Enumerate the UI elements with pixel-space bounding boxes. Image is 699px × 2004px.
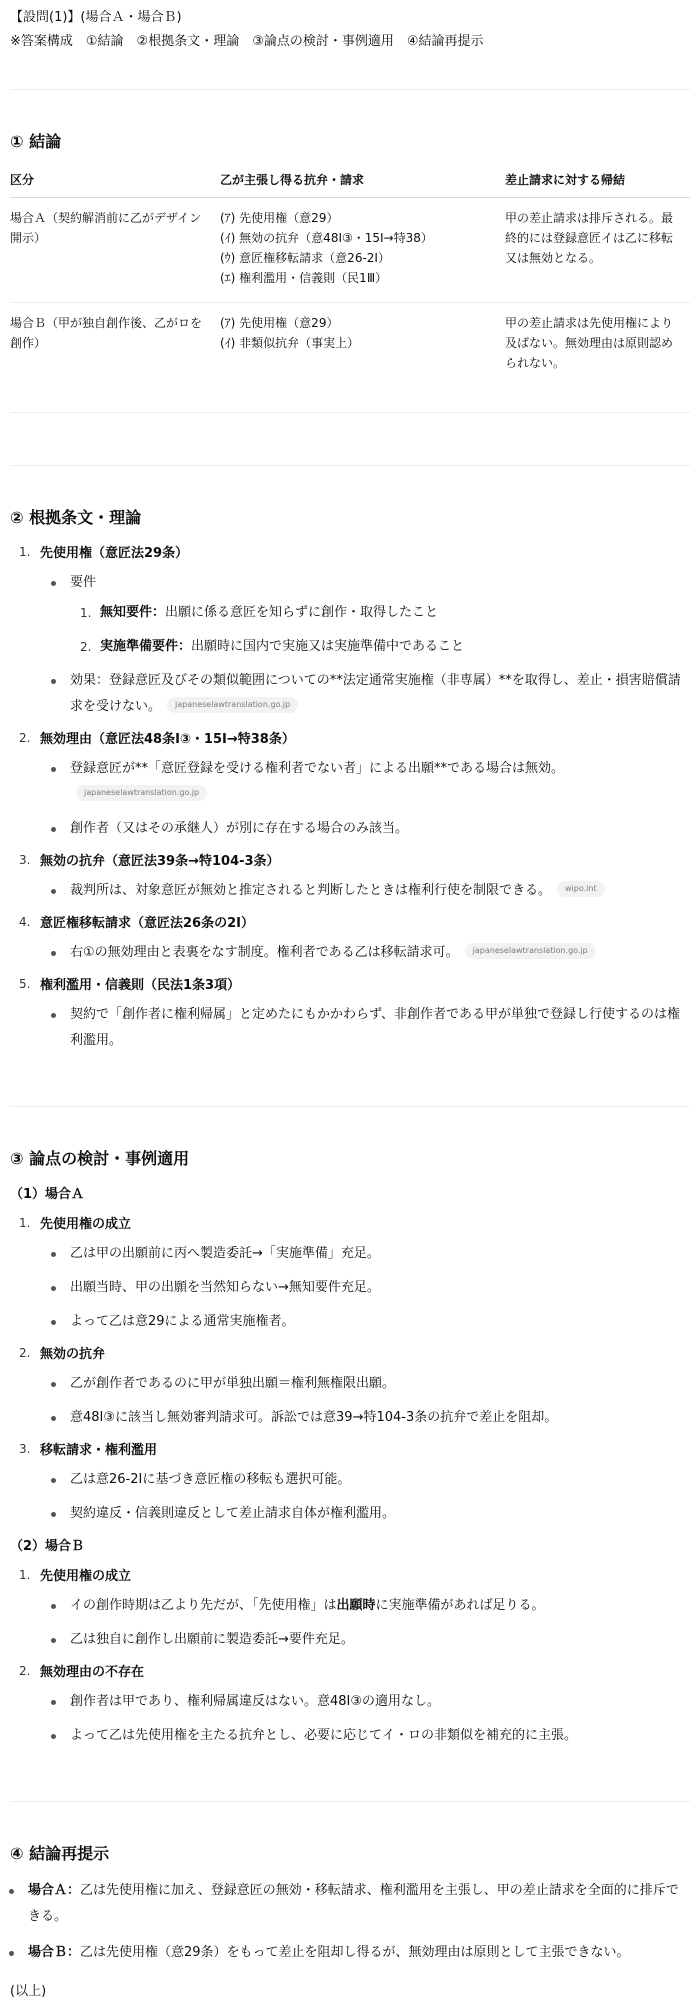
bullet-list: 創作者は甲であり、権利帰属違反はない。意48Ⅰ③の適用なし。 よって乙は先使用権… (40, 1689, 690, 1749)
list-item: 1. 先使用権の成立 乙は甲の出願前に丙へ製造委託→「実施準備」充足。 出願当時… (10, 1213, 690, 1335)
bullet-item: 乙は甲の出願前に丙へ製造委託→「実施準備」充足。 (40, 1241, 690, 1267)
list-marker: 2. (19, 1661, 30, 1682)
bullet-list: 乙が創作者であるのに甲が単独出願＝権利無権限出願。 意48Ⅰ③に該当し無効審判請… (40, 1371, 690, 1431)
bullet-item: 裁判所は、対象意匠が無効と推定されると判断したときは権利行使を制限できる。wip… (40, 878, 690, 904)
closing-text: (以上) (10, 1980, 690, 2004)
list-marker: 2. (80, 634, 91, 660)
section-heading: ① 結論 (10, 130, 690, 154)
list-item: 2. 無効理由の不存在 創作者は甲であり、権利帰属違反はない。意48Ⅰ③の適用な… (10, 1661, 690, 1749)
bullet-item: 契約違反・信義則違反として差止請求自体が権利濫用。 (40, 1501, 690, 1527)
intro: 【設問(1)】(場合Ａ・場合Ｂ) ※答案構成 ①結論 ②根拠条文・理論 ③論点の… (10, 0, 690, 54)
list-item: 5. 権利濫用・信義則（民法1条3項） 契約で「創作者に権利帰属」と定めたにもか… (10, 974, 690, 1054)
conclusion-table: 区分 乙が主張し得る抗弁・請求 差止請求に対する帰結 場合Ａ（契約解消前に乙がデ… (10, 166, 690, 413)
bullet-text: 乙は先使用権に加え、登録意匠の無効・移転請求、権利濫用を主張し、甲の差止請求を全… (28, 1883, 679, 1924)
bullet-item: 場合Ｂ：乙は先使用権（意29条）をもって差止を阻却し得るが、無効理由は原則として… (0, 1940, 690, 1966)
bullet-item: 乙は意26-2Ⅰに基づき意匠権の移転も選択可能。 (40, 1467, 690, 1493)
divider (10, 465, 690, 466)
bullet-list: 契約で「創作者に権利帰属」と定めたにもかかわらず、非創作者である甲が単独で登録し… (40, 1002, 690, 1054)
bullet-item: 右①の無効理由と表裏をなす制度。権利者である乙は移転請求可。japanesela… (40, 940, 690, 966)
bullet-text: 右①の無効理由と表裏をなす制度。権利者である乙は移転請求可。 (70, 945, 459, 960)
table-header-row: 区分 乙が主張し得る抗弁・請求 差止請求に対する帰結 (10, 166, 690, 198)
item-title: 先使用権（意匠法29条） (40, 542, 690, 566)
bullet-item: よって乙は先使用権を主たる抗弁とし、必要に応じてイ・ロの非類似を補充的に主張。 (40, 1723, 690, 1749)
list-item: 2. 無効理由（意匠法48条Ⅰ③・15Ⅰ→特38条） 登録意匠が**「意匠登録を… (10, 728, 690, 842)
sub-label: 実施準備要件： (100, 639, 191, 654)
bullet-item: 効果：登録意匠及びその類似範囲についての**法定通常実施権（非専属）**を取得し… (40, 668, 690, 720)
list-marker: 1. (19, 1213, 30, 1234)
list-marker: 1. (19, 542, 30, 563)
result-cell: 甲の差止請求は排斥される。最終的には登録意匠イは乙に移転又は無効となる。 (505, 198, 690, 303)
sub-list: 1. 無知要件：出願に係る意匠を知らずに創作・取得したこと 2. 実施準備要件：… (70, 600, 690, 660)
bullet-item: 創作者（又はその承継人）が別に存在する場合のみ該当。 (40, 816, 690, 842)
column-header: 差止請求に対する帰結 (505, 166, 690, 198)
bullet-item: 意48Ⅰ③に該当し無効審判請求可。訴訟では意39→特104-3条の抗弁で差止を阻… (40, 1405, 690, 1431)
item-title: 無効の抗弁（意匠法39条→特104-3条） (40, 850, 690, 874)
claims-cell: (ｱ) 先使用権（意29） (ｲ) 無効の抗弁（意48Ⅰ③・15Ⅰ→特38） (… (220, 198, 505, 303)
case-label: 場合Ｂ： (28, 1945, 80, 1960)
list-item: 4. 意匠権移転請求（意匠法26条の2Ⅰ） 右①の無効理由と表裏をなす制度。権利… (10, 912, 690, 966)
bullet-list: イの創作時期は乙より先だが、「先使用権」は出願時に実施準備があれば足りる。 乙は… (40, 1593, 690, 1653)
sub-text: 出願に係る意匠を知らずに創作・取得したこと (165, 605, 438, 620)
case-a-list: 1. 先使用権の成立 乙は甲の出願前に丙へ製造委託→「実施準備」充足。 出願当時… (10, 1213, 690, 1527)
claim: (ｱ) 先使用権（意29） (220, 313, 495, 333)
case-b-list: 1. 先使用権の成立 イの創作時期は乙より先だが、「先使用権」は出願時に実施準備… (10, 1565, 690, 1749)
item-title: 先使用権の成立 (40, 1565, 690, 1589)
divider (10, 1801, 690, 1802)
bullet-text: 裁判所は、対象意匠が無効と推定されると判断したときは権利行使を制限できる。 (70, 883, 551, 898)
list-marker: 3. (19, 850, 30, 871)
sub-item: 2. 実施準備要件：出願時に国内で実施又は実施準備中であること (70, 634, 690, 660)
column-header: 区分 (10, 166, 220, 198)
bullet-text: 要件 (70, 575, 96, 590)
section-legal-basis: ② 根拠条文・理論 1. 先使用権（意匠法29条） 要件 1. 無知要件：出願に… (10, 506, 690, 1054)
claim: (ｴ) 権利濫用・信義則（民1Ⅲ） (220, 268, 495, 288)
bullet-text: 乙は先使用権（意29条）をもって差止を阻却し得るが、無効理由は原則として主張でき… (80, 1945, 630, 1960)
conclusion-list: 場合Ａ：乙は先使用権に加え、登録意匠の無効・移転請求、権利濫用を主張し、甲の差止… (0, 1878, 690, 1966)
sub-text: 出願時に国内で実施又は実施準備中であること (191, 639, 464, 654)
bullet-item: 創作者は甲であり、権利帰属違反はない。意48Ⅰ③の適用なし。 (40, 1689, 690, 1715)
list-item: 3. 無効の抗弁（意匠法39条→特104-3条） 裁判所は、対象意匠が無効と推定… (10, 850, 690, 904)
basis-list: 1. 先使用権（意匠法29条） 要件 1. 無知要件：出願に係る意匠を知らずに創… (10, 542, 690, 1054)
category-cell: 場合Ｂ（甲が独自創作後、乙がロを創作） (10, 303, 220, 413)
case-a-heading: （1）場合Ａ (10, 1183, 690, 1207)
answer-structure: ※答案構成 ①結論 ②根拠条文・理論 ③論点の検討・事例適用 ④結論再提示 (10, 30, 690, 54)
document: 【設問(1)】(場合Ａ・場合Ｂ) ※答案構成 ①結論 ②根拠条文・理論 ③論点の… (10, 0, 690, 2004)
item-title: 権利濫用・信義則（民法1条3項） (40, 974, 690, 998)
list-item: 2. 無効の抗弁 乙が創作者であるのに甲が単独出願＝権利無権限出願。 意48Ⅰ③… (10, 1343, 690, 1431)
item-title: 移転請求・権利濫用 (40, 1439, 690, 1463)
section-heading: ② 根拠条文・理論 (10, 506, 690, 530)
bullet-text: 登録意匠が**「意匠登録を受ける権利者でない者」による出願**である場合は無効。 (70, 761, 564, 776)
section-analysis: ③ 論点の検討・事例適用 （1）場合Ａ 1. 先使用権の成立 乙は甲の出願前に丙… (10, 1147, 690, 1749)
claim: (ｳ) 意匠権移転請求（意26-2Ⅰ） (220, 248, 495, 268)
claim: (ｲ) 非類似抗弁（事実上） (220, 333, 495, 353)
column-header: 乙が主張し得る抗弁・請求 (220, 166, 505, 198)
source-citation-chip[interactable]: japaneselawtranslation.go.jp (167, 697, 298, 713)
list-item: 3. 移転請求・権利濫用 乙は意26-2Ⅰに基づき意匠権の移転も選択可能。 契約… (10, 1439, 690, 1527)
list-marker: 4. (19, 912, 30, 933)
question-title: 【設問(1)】(場合Ａ・場合Ｂ) (10, 6, 690, 30)
claim: (ｲ) 無効の抗弁（意48Ⅰ③・15Ⅰ→特38） (220, 228, 495, 248)
source-citation-chip[interactable]: japaneselawtranslation.go.jp (76, 785, 207, 801)
category-cell: 場合Ａ（契約解消前に乙がデザイン開示） (10, 198, 220, 303)
item-title: 無効の抗弁 (40, 1343, 690, 1367)
list-marker: 2. (19, 1343, 30, 1364)
sub-item: 1. 無知要件：出願に係る意匠を知らずに創作・取得したこと (70, 600, 690, 626)
bullet-list: 登録意匠が**「意匠登録を受ける権利者でない者」による出願**である場合は無効。… (40, 756, 690, 842)
divider (10, 89, 690, 90)
list-marker: 1. (80, 600, 91, 626)
bullet-item: よって乙は意29による通常実施権者。 (40, 1309, 690, 1335)
item-title: 意匠権移転請求（意匠法26条の2Ⅰ） (40, 912, 690, 936)
section-heading: ③ 論点の検討・事例適用 (10, 1147, 690, 1171)
claim: (ｱ) 先使用権（意29） (220, 208, 495, 228)
list-marker: 1. (19, 1565, 30, 1586)
bullet-list: 右①の無効理由と表裏をなす制度。権利者である乙は移転請求可。japanesela… (40, 940, 690, 966)
bullet-text: イの創作時期は乙より先だが、「先使用権」は (70, 1598, 337, 1613)
table-row: 場合Ａ（契約解消前に乙がデザイン開示） (ｱ) 先使用権（意29） (ｲ) 無効… (10, 198, 690, 303)
case-b-heading: （2）場合Ｂ (10, 1535, 690, 1559)
bullet-item: 出願当時、甲の出願を当然知らない→無知要件充足。 (40, 1275, 690, 1301)
section-conclusion: ① 結論 区分 乙が主張し得る抗弁・請求 差止請求に対する帰結 場合Ａ（契約解消… (10, 130, 690, 413)
bullet-list: 乙は甲の出願前に丙へ製造委託→「実施準備」充足。 出願当時、甲の出願を当然知らな… (40, 1241, 690, 1335)
section-final-conclusion: ④ 結論再提示 場合Ａ：乙は先使用権に加え、登録意匠の無効・移転請求、権利濫用を… (10, 1842, 690, 2004)
bullet-item: 契約で「創作者に権利帰属」と定めたにもかかわらず、非創作者である甲が単独で登録し… (40, 1002, 690, 1054)
list-marker: 3. (19, 1439, 30, 1460)
sub-label: 無知要件： (100, 605, 165, 620)
source-citation-chip[interactable]: japaneselawtranslation.go.jp (465, 943, 596, 959)
bullet-item: 乙は独自に創作し出願前に製造委託→要件充足。 (40, 1627, 690, 1653)
result-cell: 甲の差止請求は先使用権により及ばない。無効理由は原則認められない。 (505, 303, 690, 413)
bullet-list: 裁判所は、対象意匠が無効と推定されると判断したときは権利行使を制限できる。wip… (40, 878, 690, 904)
item-title: 先使用権の成立 (40, 1213, 690, 1237)
bullet-list: 要件 1. 無知要件：出願に係る意匠を知らずに創作・取得したこと 2. 実施準備… (40, 570, 690, 720)
list-marker: 2. (19, 728, 30, 749)
bullet-item: 乙が創作者であるのに甲が単独出願＝権利無権限出願。 (40, 1371, 690, 1397)
case-label: 場合Ａ： (28, 1883, 80, 1898)
bullet-item: イの創作時期は乙より先だが、「先使用権」は出願時に実施準備があれば足りる。 (40, 1593, 690, 1619)
claims-cell: (ｱ) 先使用権（意29） (ｲ) 非類似抗弁（事実上） (220, 303, 505, 413)
bullet-item: 要件 1. 無知要件：出願に係る意匠を知らずに創作・取得したこと 2. 実施準備… (40, 570, 690, 660)
bullet-list: 乙は意26-2Ⅰに基づき意匠権の移転も選択可能。 契約違反・信義則違反として差止… (40, 1467, 690, 1527)
table-row: 場合Ｂ（甲が独自創作後、乙がロを創作） (ｱ) 先使用権（意29） (ｲ) 非類… (10, 303, 690, 413)
list-item: 1. 先使用権（意匠法29条） 要件 1. 無知要件：出願に係る意匠を知らずに創… (10, 542, 690, 720)
item-title: 無効理由の不存在 (40, 1661, 690, 1685)
bullet-item: 登録意匠が**「意匠登録を受ける権利者でない者」による出願**である場合は無効。… (40, 756, 690, 808)
list-item: 1. 先使用権の成立 イの創作時期は乙より先だが、「先使用権」は出願時に実施準備… (10, 1565, 690, 1653)
source-citation-chip[interactable]: wipo.int (557, 881, 605, 897)
bullet-item: 場合Ａ：乙は先使用権に加え、登録意匠の無効・移転請求、権利濫用を主張し、甲の差止… (0, 1878, 690, 1930)
bullet-emphasis: 出願時 (337, 1598, 376, 1613)
list-marker: 5. (19, 974, 30, 995)
item-title: 無効理由（意匠法48条Ⅰ③・15Ⅰ→特38条） (40, 728, 690, 752)
section-heading: ④ 結論再提示 (10, 1842, 690, 1866)
bullet-text: に実施準備があれば足りる。 (376, 1598, 545, 1613)
bullet-text: 効果：登録意匠及びその類似範囲についての**法定通常実施権（非専属）**を取得し… (70, 673, 681, 714)
divider (10, 1106, 690, 1107)
